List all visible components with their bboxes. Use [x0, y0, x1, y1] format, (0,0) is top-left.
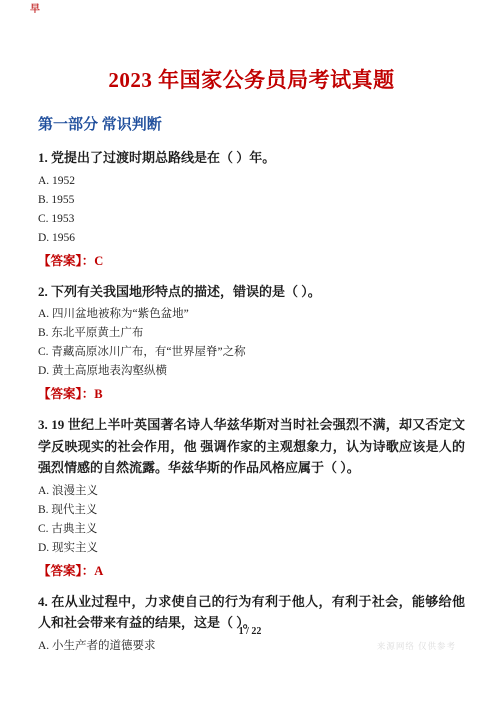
option-item: A. 四川盆地被称为“紫色盆地” [38, 308, 465, 321]
answer-value: A [94, 564, 103, 578]
answer-value: C [94, 254, 103, 268]
question-stem: 1. 党提出了过渡时期总路线是在（ ）年。 [38, 147, 465, 169]
option-item: B. 东北平原黄土广布 [38, 327, 465, 340]
option-item: B. 现代主义 [38, 504, 465, 517]
option-item: D. 现实主义 [38, 542, 465, 555]
page-title: 2023 年国家公务员局考试真题 [38, 0, 465, 94]
page-number: 1 / 22 [0, 626, 500, 637]
question-stem: 2. 下列有关我国地形特点的描述，错误的是（ ）。 [38, 281, 465, 303]
answer-label: 【答案】： [38, 387, 94, 401]
option-item: D. 黄土高原地表沟壑纵横 [38, 365, 465, 378]
answer-label: 【答案】： [38, 254, 94, 268]
document-page: 2023 年国家公务员局考试真题 第一部分 常识判断 1. 党提出了过渡时期总路… [0, 0, 500, 653]
option-item: A. 浪漫主义 [38, 485, 465, 498]
answer-label: 【答案】： [38, 564, 94, 578]
option-item: C. 1953 [38, 213, 465, 226]
answer-value: B [94, 387, 102, 401]
question-stem: 3. 19 世纪上半叶英国著名诗人华兹华斯对当时社会强烈不满，却又否定文学反映现… [38, 414, 465, 479]
watermark: 来源网络 仅供参考 [377, 640, 456, 652]
question-block-2: 2. 下列有关我国地形特点的描述，错误的是（ ）。 A. 四川盆地被称为“紫色盆… [38, 281, 465, 403]
option-item: A. 1952 [38, 175, 465, 188]
section-heading: 第一部分 常识判断 [38, 115, 465, 135]
option-item: D. 1956 [38, 232, 465, 245]
answer-line: 【答案】：B [38, 387, 465, 402]
option-item: C. 古典主义 [38, 523, 465, 536]
option-item: C. 青藏高原冰川广布，有“世界屋脊”之称 [38, 346, 465, 359]
answer-line: 【答案】：A [38, 564, 465, 579]
question-block-1: 1. 党提出了过渡时期总路线是在（ ）年。 A. 1952 B. 1955 C.… [38, 147, 465, 269]
option-item: B. 1955 [38, 194, 465, 207]
corner-mark: 早 [30, 4, 40, 16]
answer-line: 【答案】：C [38, 254, 465, 269]
question-block-3: 3. 19 世纪上半叶英国著名诗人华兹华斯对当时社会强烈不满，却又否定文学反映现… [38, 414, 465, 579]
